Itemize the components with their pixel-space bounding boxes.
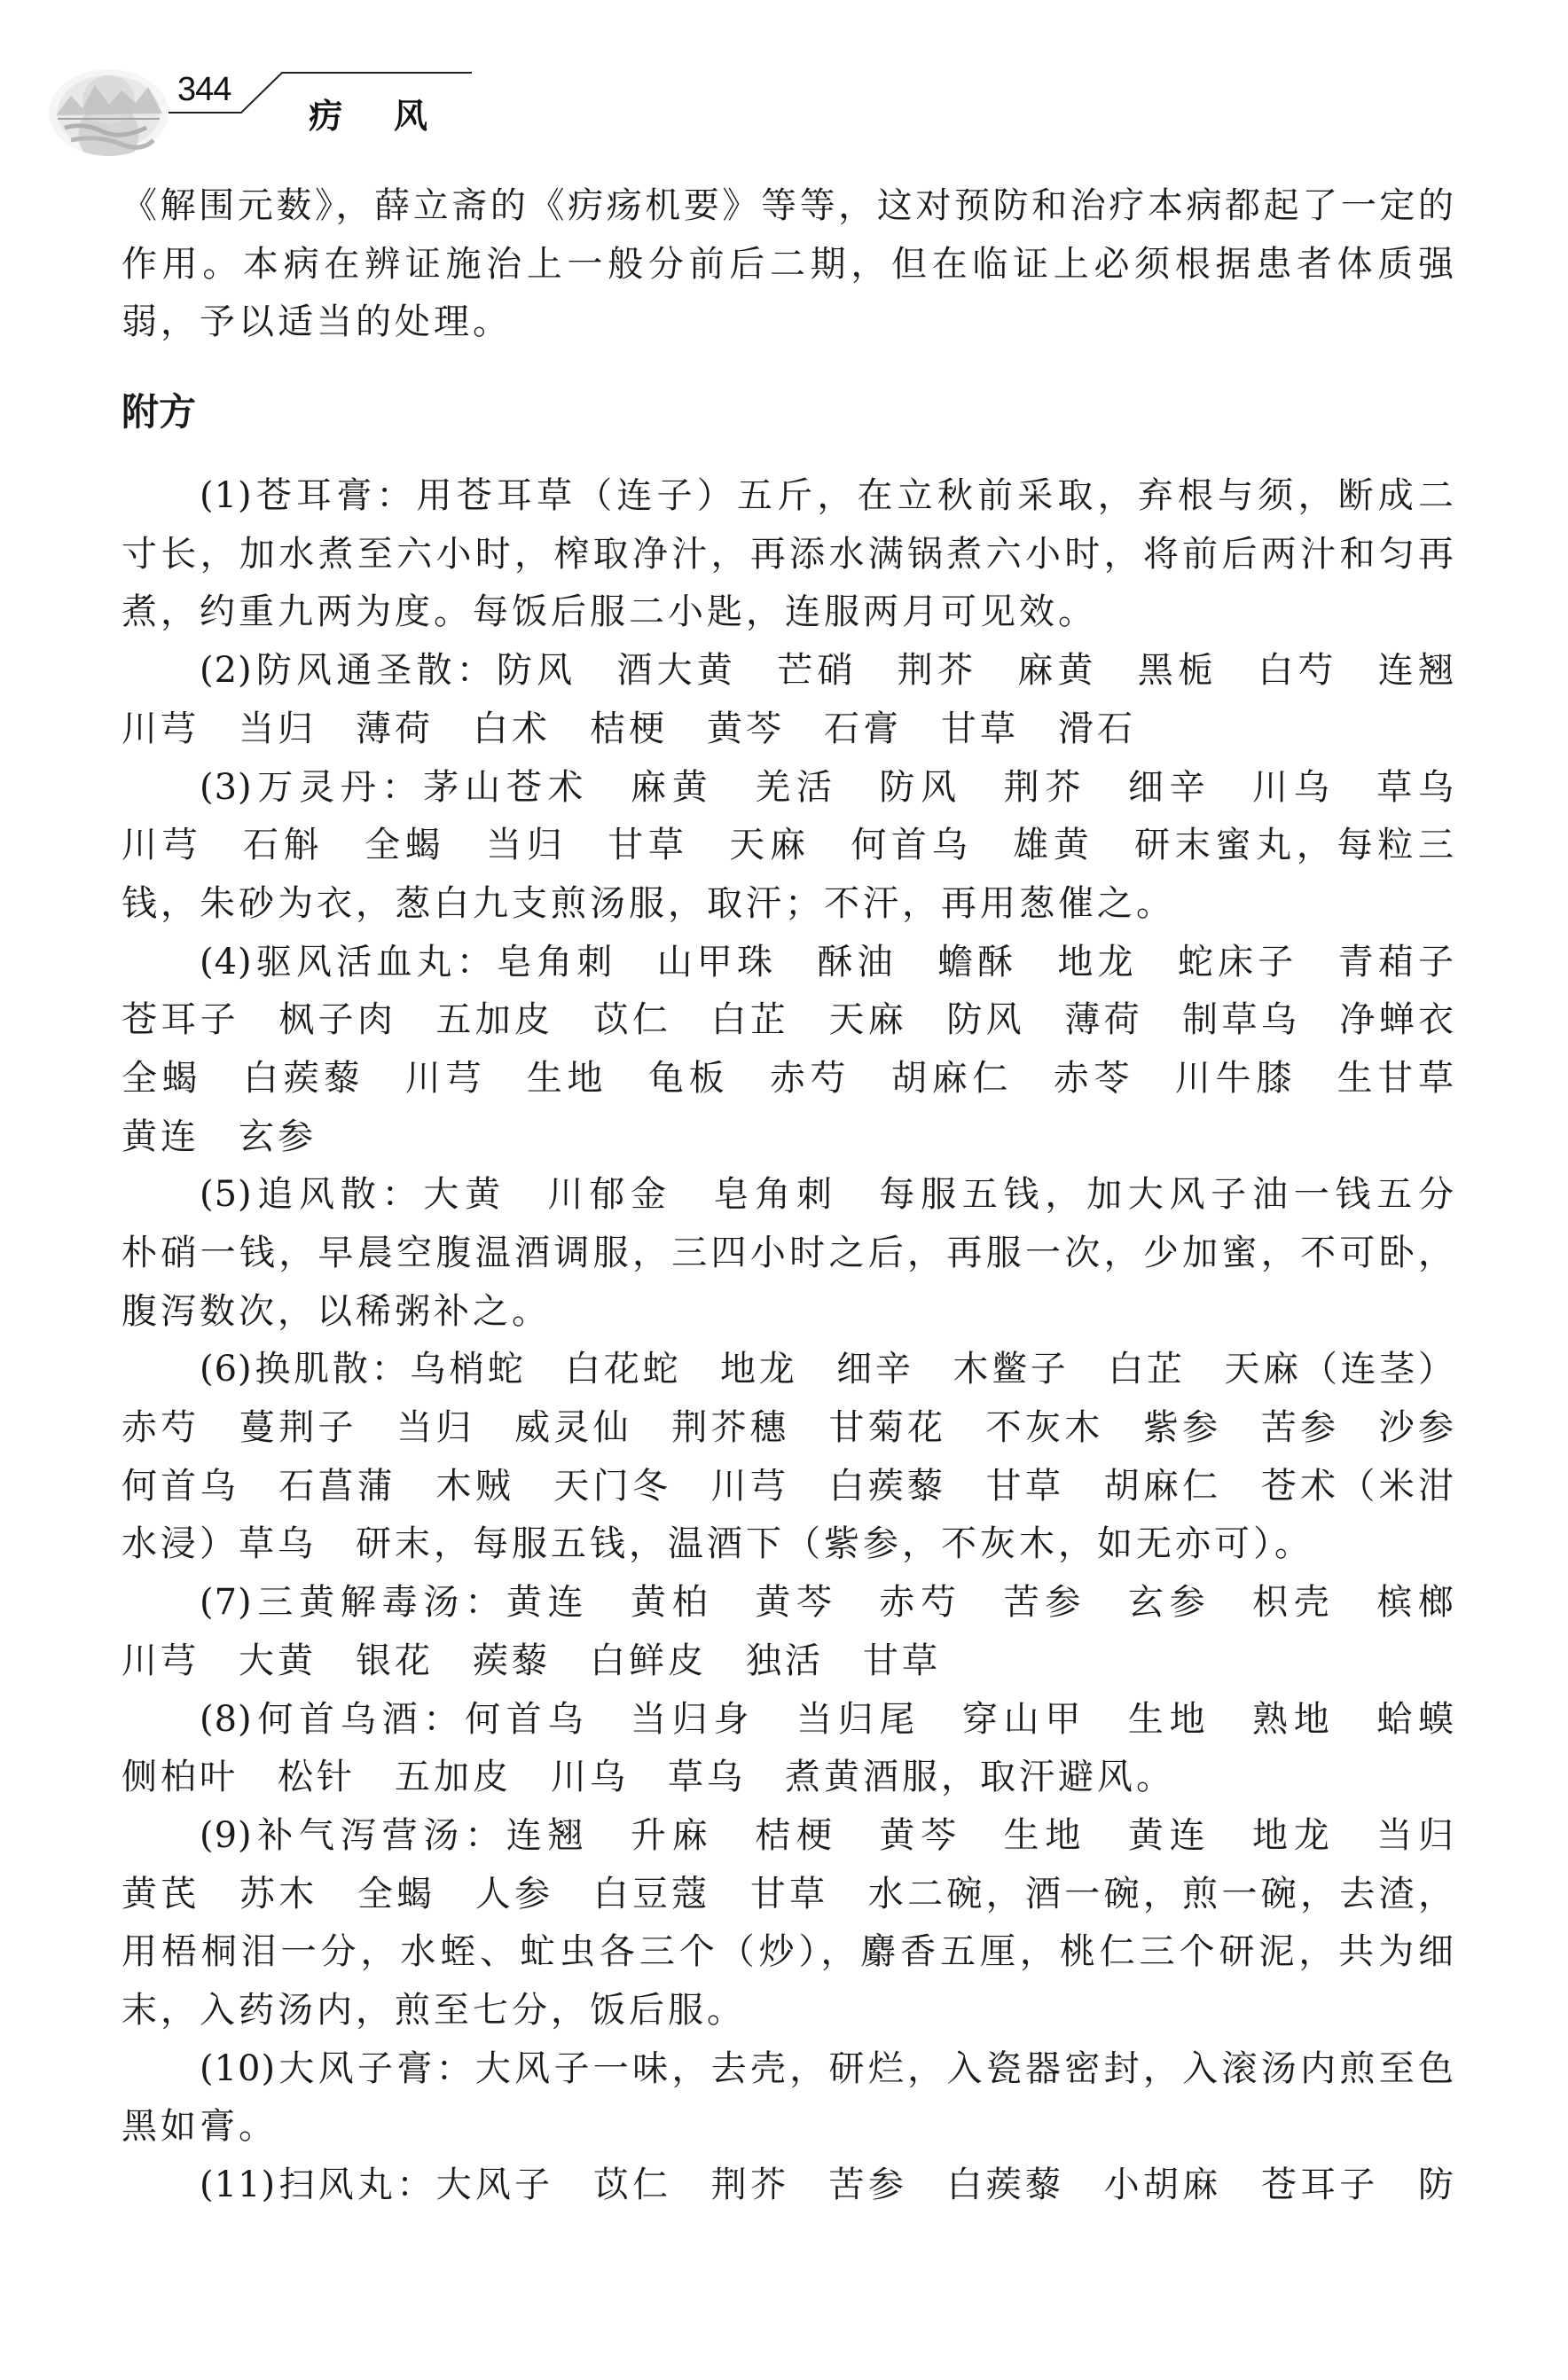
text-line: (4)驱风活血丸：皂角刺 山甲珠 酥油 蟾酥 地龙 蛇床子 青葙子: [122, 934, 1454, 992]
page-number: 344: [177, 71, 231, 109]
text-line: (1)苍耳膏：用苍耳草（连子）五斤，在立秋前采取，弃根与须，断成二: [122, 467, 1454, 526]
text-line: 赤芍 蔓荆子 当归 威灵仙 荆芥穗 甘菊花 不灰木 紫参 苦参 沙参: [122, 1399, 1454, 1458]
text-line: 水浸）草乌 研末，每服五钱，温酒下（紫参，不灰木，如无亦可）。: [122, 1515, 1454, 1574]
text-line: 弱，予以适当的处理。: [122, 294, 1454, 352]
page-header: 344 疠风: [0, 0, 1568, 168]
section-heading: 附方: [122, 377, 1454, 448]
formula-1: (1)苍耳膏：用苍耳草（连子）五斤，在立秋前采取，弃根与须，断成二 寸长，加水煮…: [122, 467, 1454, 642]
text-line: (5)追风散：大黄 川郁金 皂角刺 每服五钱，加大风子油一钱五分: [122, 1166, 1454, 1225]
text-line: (2)防风通圣散：防风 酒大黄 芒硝 荆芥 麻黄 黑栀 白芍 连翘: [122, 642, 1454, 701]
text-line: (10)大风子膏：大风子一味，去壳，研烂，入瓷器密封，入滚汤内煎至色: [122, 2040, 1454, 2099]
text-line: 全蝎 白蒺藜 川芎 生地 龟板 赤芍 胡麻仁 赤苓 川牛膝 生甘草: [122, 1050, 1454, 1108]
formula-10: (10)大风子膏：大风子一味，去壳，研烂，入瓷器密封，入滚汤内煎至色 黑如膏。: [122, 2040, 1454, 2157]
text-line: 川芎 当归 薄荷 白术 桔梗 黄芩 石膏 甘草 滑石: [122, 701, 1454, 759]
text-line: (9)补气泻营汤：连翘 升麻 桔梗 黄芩 生地 黄连 地龙 当归: [122, 1807, 1454, 1866]
formula-2: (2)防风通圣散：防风 酒大黄 芒硝 荆芥 麻黄 黑栀 白芍 连翘 川芎 当归 …: [122, 642, 1454, 758]
text-line: 何首乌 石菖蒲 木贼 天门冬 川芎 白蒺藜 甘草 胡麻仁 苍术（米泔: [122, 1458, 1454, 1516]
text-line: 寸长，加水煮至六小时，榨取净汁，再添水满锅煮六小时，将前后两汁和匀再: [122, 526, 1454, 584]
text-line: 黄连 玄参: [122, 1108, 1454, 1167]
intro-paragraph: 《解围元薮》，薛立斋的《疠疡机要》等等，这对预防和治疗本病都起了一定的 作用。本…: [122, 177, 1454, 352]
formula-7: (7)三黄解毒汤：黄连 黄柏 黄芩 赤芍 苦参 玄参 枳壳 槟榔 川芎 大黄 银…: [122, 1574, 1454, 1690]
text-line: 作用。本病在辨证施治上一般分前后二期，但在临证上必须根据患者体质强: [122, 236, 1454, 294]
page-body: 《解围元薮》，薛立斋的《疠疡机要》等等，这对预防和治疗本病都起了一定的 作用。本…: [122, 177, 1454, 2215]
text-line: 侧柏叶 松针 五加皮 川乌 草乌 煮黄酒服，取汗避风。: [122, 1749, 1454, 1807]
text-line: 川芎 石斛 全蝎 当归 甘草 天麻 何首乌 雄黄 研末蜜丸，每粒三: [122, 817, 1454, 875]
text-line: 腹泻数次，以稀粥补之。: [122, 1283, 1454, 1342]
formula-11: (11)扫风丸：大风子 苡仁 荆芥 苦参 白蒺藜 小胡麻 苍耳子 防: [122, 2157, 1454, 2215]
text-line: (6)换肌散：乌梢蛇 白花蛇 地龙 细辛 木鳖子 白芷 天麻（连茎）: [122, 1341, 1454, 1399]
text-line: 朴硝一钱，早晨空腹温酒调服，三四小时之后，再服一次，少加蜜，不可卧，: [122, 1225, 1454, 1283]
text-line: (3)万灵丹：茅山苍术 麻黄 羌活 防风 荆芥 细辛 川乌 草乌: [122, 759, 1454, 818]
formula-6: (6)换肌散：乌梢蛇 白花蛇 地龙 细辛 木鳖子 白芷 天麻（连茎） 赤芍 蔓荆…: [122, 1341, 1454, 1574]
text-line: 川芎 大黄 银花 蒺藜 白鲜皮 独活 甘草: [122, 1632, 1454, 1691]
text-line: 黑如膏。: [122, 2098, 1454, 2157]
formula-9: (9)补气泻营汤：连翘 升麻 桔梗 黄芩 生地 黄连 地龙 当归 黄芪 苏木 全…: [122, 1807, 1454, 2040]
formula-8: (8)何首乌酒：何首乌 当归身 当归尾 穿山甲 生地 熟地 蛤蟆 侧柏叶 松针 …: [122, 1691, 1454, 1807]
text-line: 用梧桐泪一分，水蛭、虻虫各三个（炒），麝香五厘，桃仁三个研泥，共为细: [122, 1923, 1454, 1982]
formula-5: (5)追风散：大黄 川郁金 皂角刺 每服五钱，加大风子油一钱五分 朴硝一钱，早晨…: [122, 1166, 1454, 1341]
formula-4: (4)驱风活血丸：皂角刺 山甲珠 酥油 蟾酥 地龙 蛇床子 青葙子 苍耳子 枫子…: [122, 934, 1454, 1167]
text-line: (7)三黄解毒汤：黄连 黄柏 黄芩 赤芍 苦参 玄参 枳壳 槟榔: [122, 1574, 1454, 1632]
running-title: 疠风: [309, 89, 427, 137]
text-line: (11)扫风丸：大风子 苡仁 荆芥 苦参 白蒺藜 小胡麻 苍耳子 防: [122, 2157, 1454, 2215]
text-line: 末，入药汤内，煎至七分，饭后服。: [122, 1982, 1454, 2040]
text-line: 黄芪 苏木 全蝎 人参 白豆蔻 甘草 水二碗，酒一碗，煎一碗，去渣，: [122, 1866, 1454, 1924]
running-title-char-2: 风: [394, 89, 427, 137]
text-line: (8)何首乌酒：何首乌 当归身 当归尾 穿山甲 生地 熟地 蛤蟆: [122, 1691, 1454, 1750]
text-line: 钱，朱砂为衣，葱白九支煎汤服，取汗；不汗，再用葱催之。: [122, 875, 1454, 934]
text-line: 《解围元薮》，薛立斋的《疠疡机要》等等，这对预防和治疗本病都起了一定的: [122, 177, 1454, 236]
formula-3: (3)万灵丹：茅山苍术 麻黄 羌活 防风 荆芥 细辛 川乌 草乌 川芎 石斛 全…: [122, 759, 1454, 934]
running-title-char-1: 疠: [309, 89, 342, 137]
text-line: 煮，约重九两为度。每饭后服二小匙，连服两月可见效。: [122, 583, 1454, 642]
text-line: 苍耳子 枫子肉 五加皮 苡仁 白芷 天麻 防风 薄荷 制草乌 净蝉衣: [122, 991, 1454, 1050]
